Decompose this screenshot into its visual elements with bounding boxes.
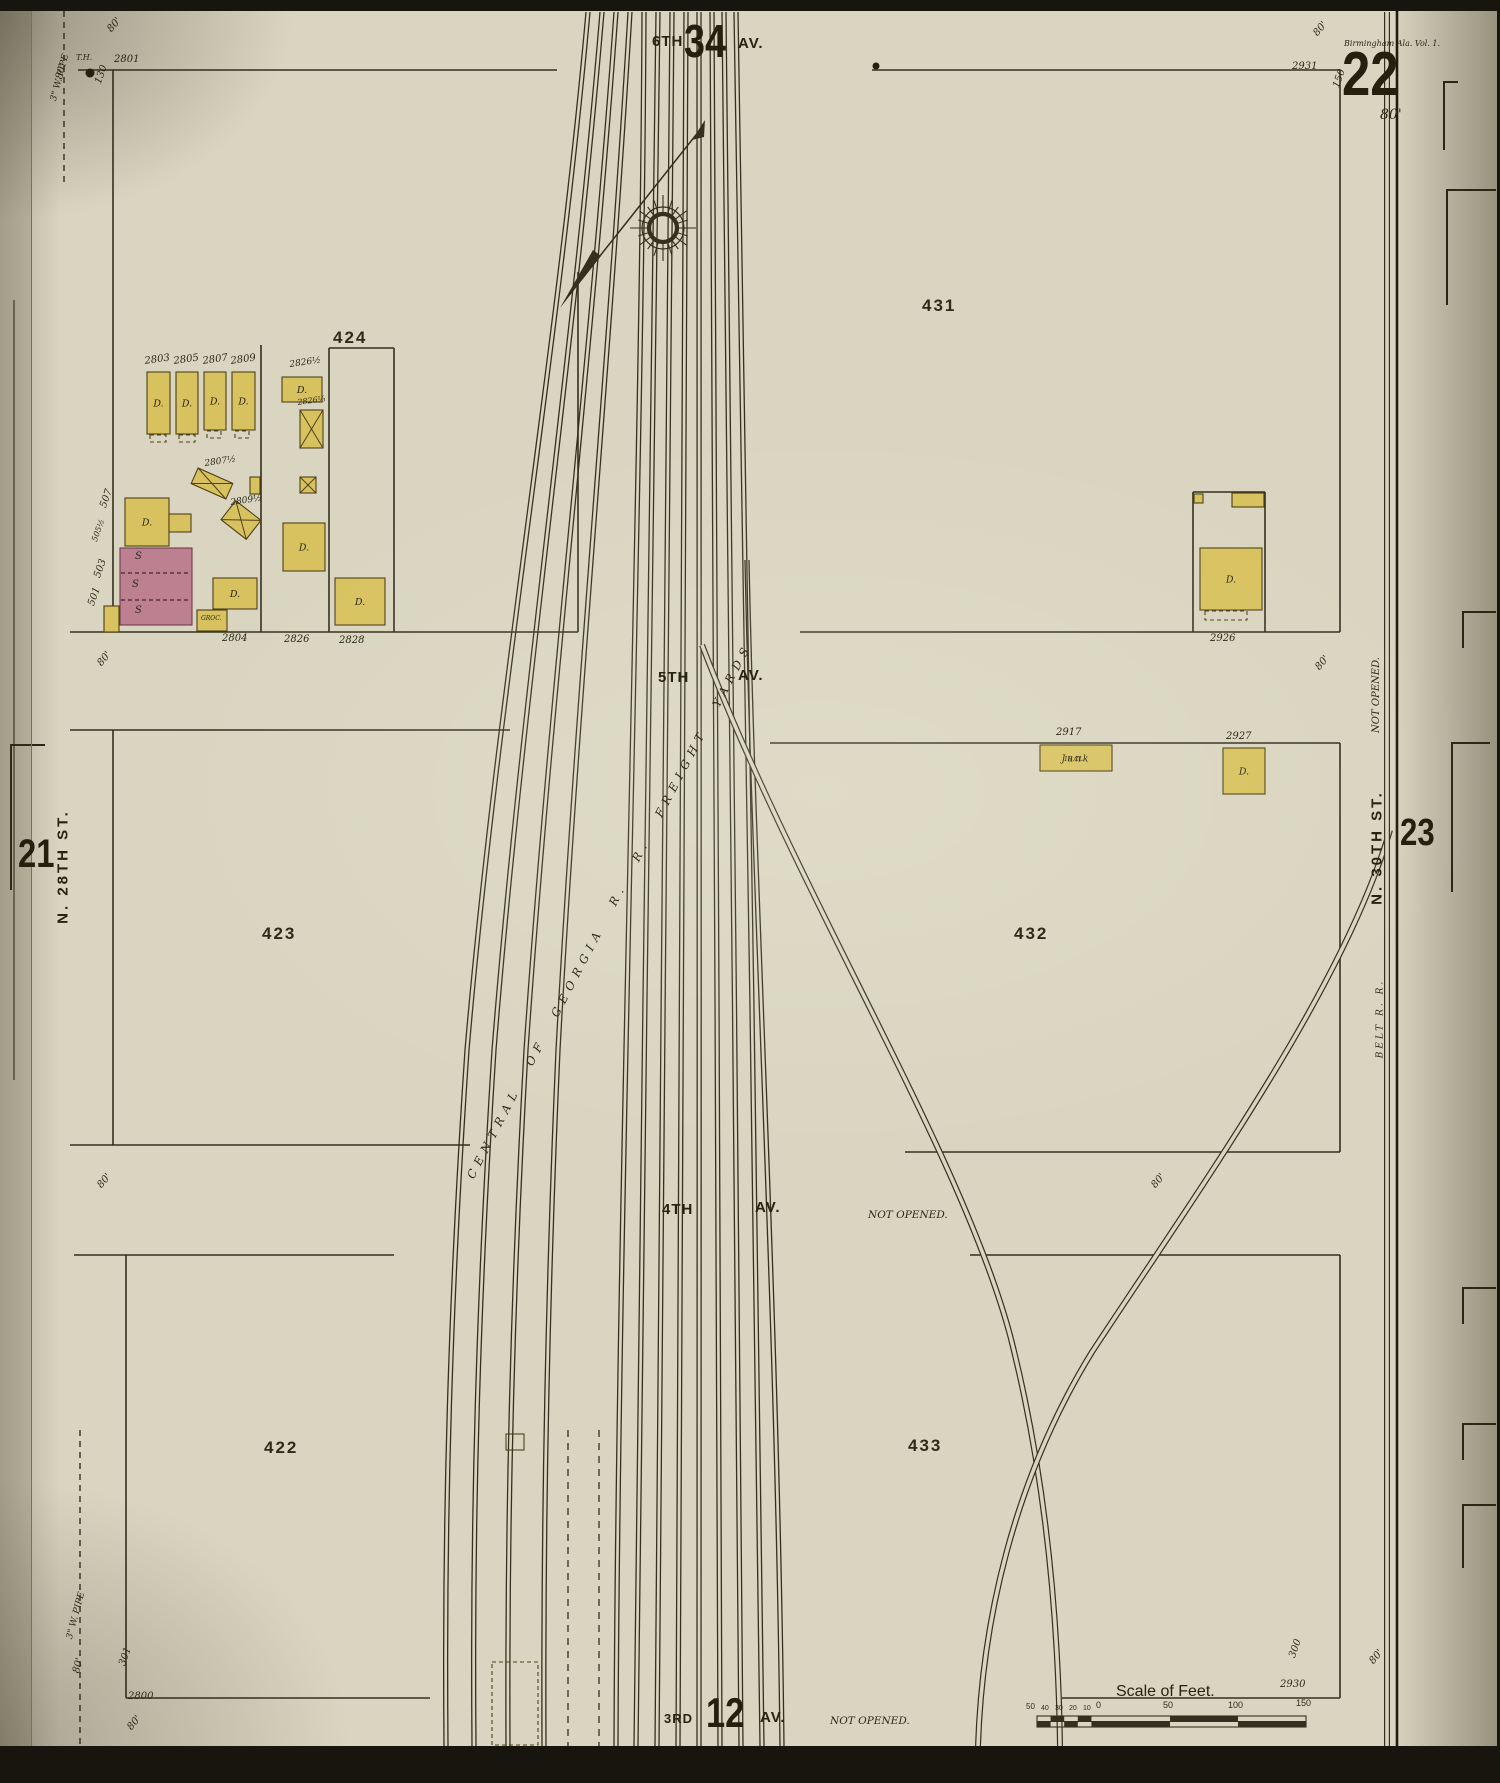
street-and-block-lines bbox=[70, 70, 1340, 1698]
fourth-avenue-note: NOT OPENED. bbox=[868, 1210, 948, 1221]
building-label: D. bbox=[296, 385, 307, 396]
building-label: D. bbox=[298, 543, 309, 554]
map-annotation: GROC. bbox=[201, 616, 222, 622]
sheet-scale-note: 80' bbox=[1380, 108, 1402, 122]
map-annotation: 30 bbox=[1055, 1705, 1063, 1712]
building bbox=[300, 477, 316, 493]
building: D. bbox=[176, 372, 198, 434]
building: D. bbox=[213, 578, 257, 609]
map-annotation: 10 bbox=[1083, 1705, 1091, 1712]
building: D. bbox=[335, 578, 385, 625]
adjacent-sheet-bottom: 12 bbox=[706, 1692, 744, 1734]
block-number: 423 bbox=[262, 924, 296, 944]
map-annotation: 1R.CL. bbox=[1064, 757, 1085, 763]
west-street-label: N. 28TH ST. bbox=[56, 772, 71, 962]
building-label: D. bbox=[209, 397, 220, 408]
building-label: D. bbox=[141, 518, 152, 529]
map-annotation: 40 bbox=[1041, 1705, 1049, 1712]
scan-border-bottom bbox=[0, 1746, 1500, 1783]
building-label: D. bbox=[237, 397, 248, 408]
building-label: D. bbox=[229, 589, 240, 600]
building-label: D. bbox=[1238, 767, 1249, 778]
fifth-avenue-prefix: 5TH bbox=[658, 670, 689, 685]
building bbox=[1205, 611, 1247, 620]
block-number: 431 bbox=[922, 296, 956, 316]
building-label: D. bbox=[1225, 575, 1236, 586]
belt-railroad-label: BELT R. R. bbox=[1377, 944, 1386, 1094]
map-annotation: 2926 bbox=[1210, 634, 1235, 644]
block-number: 432 bbox=[1014, 924, 1048, 944]
building bbox=[300, 410, 323, 448]
building bbox=[492, 1662, 538, 1745]
map-annotation: 50 bbox=[1026, 1703, 1035, 1711]
map-annotation: S bbox=[135, 606, 142, 616]
railroad-branch-curves bbox=[702, 12, 1390, 1746]
building: D. bbox=[204, 372, 226, 430]
building bbox=[150, 435, 166, 442]
building bbox=[169, 514, 191, 532]
sixth-avenue-prefix: 6TH bbox=[652, 34, 683, 49]
map-annotation: 2801 bbox=[114, 55, 139, 65]
building: D. bbox=[1200, 548, 1262, 610]
map-annotation: 2800 bbox=[128, 1692, 153, 1702]
third-avenue-note: NOT OPENED. bbox=[830, 1716, 910, 1727]
map-annotation: S bbox=[132, 580, 139, 590]
building-label: D. bbox=[181, 399, 192, 410]
map-sheet: S D.D.D.D.D.D.D.D.D.D.JunkD. bbox=[0, 11, 1497, 1746]
map-linework: S D.D.D.D.D.D.D.D.D.D.JunkD. bbox=[0, 11, 1497, 1746]
svg-text:S: S bbox=[659, 222, 667, 235]
building-label: D. bbox=[354, 597, 365, 608]
map-annotation: 2828 bbox=[339, 636, 364, 646]
building bbox=[207, 431, 221, 438]
map-annotation: 100 bbox=[1228, 1701, 1243, 1710]
sheet-join-brackets bbox=[11, 82, 1496, 1568]
adjacent-sheet-top: 34 bbox=[684, 18, 726, 64]
railroad-tracks bbox=[444, 12, 784, 1746]
building: D. bbox=[232, 372, 255, 430]
map-annotation: 2930 bbox=[1280, 1680, 1305, 1690]
fourth-avenue-suffix: AV. bbox=[755, 1200, 781, 1215]
adjacent-sheet-sliver bbox=[0, 11, 32, 1746]
fourth-avenue-prefix: 4TH bbox=[662, 1202, 693, 1217]
third-avenue-suffix: AV. bbox=[760, 1710, 786, 1725]
map-annotation: 50 bbox=[1163, 1701, 1173, 1710]
building bbox=[250, 477, 260, 494]
building: D. bbox=[1223, 748, 1265, 794]
building bbox=[120, 548, 192, 625]
block-number: 433 bbox=[908, 1436, 942, 1456]
map-annotation: 2931 bbox=[1292, 62, 1317, 72]
buildings-layer: D.D.D.D.D.D.D.D.D.D.JunkD. bbox=[104, 372, 1265, 1745]
building: D. bbox=[125, 498, 169, 546]
east-street-note: NOT OPENED. bbox=[1372, 600, 1382, 790]
map-annotation: T.H. bbox=[76, 54, 92, 62]
block-number: 424 bbox=[333, 328, 367, 348]
building: D. bbox=[283, 523, 325, 571]
scale-bar bbox=[1037, 1716, 1306, 1727]
scan-border-top bbox=[0, 0, 1500, 11]
building: D. bbox=[147, 372, 170, 434]
building bbox=[179, 435, 195, 442]
map-annotation: 150 bbox=[1296, 1699, 1311, 1708]
map-annotation: 20 bbox=[1069, 1705, 1077, 1712]
map-annotation: S bbox=[135, 552, 142, 562]
building bbox=[191, 468, 233, 499]
scale-bar-title: Scale of Feet. bbox=[1116, 1684, 1215, 1700]
building bbox=[235, 431, 249, 438]
third-avenue-prefix: 3RD bbox=[664, 1712, 693, 1725]
adjacent-sheet-left: 21 bbox=[18, 834, 54, 874]
building bbox=[104, 606, 119, 632]
building-label: D. bbox=[152, 399, 163, 410]
adjacent-sheet-right: 23 bbox=[1400, 814, 1435, 852]
map-annotation: 0 bbox=[1096, 1701, 1101, 1710]
map-annotation: 2804 bbox=[222, 634, 247, 644]
map-annotation: 2826 bbox=[284, 635, 309, 645]
map-annotation: 2917 bbox=[1056, 728, 1081, 738]
sixth-avenue-suffix: AV. bbox=[738, 36, 764, 51]
dashed-sidings bbox=[568, 1430, 599, 1746]
block-number: 422 bbox=[264, 1438, 298, 1458]
building bbox=[1194, 494, 1203, 503]
map-annotation: 2927 bbox=[1226, 732, 1251, 742]
sheet-number: 22 bbox=[1342, 44, 1399, 106]
building bbox=[1232, 493, 1264, 507]
